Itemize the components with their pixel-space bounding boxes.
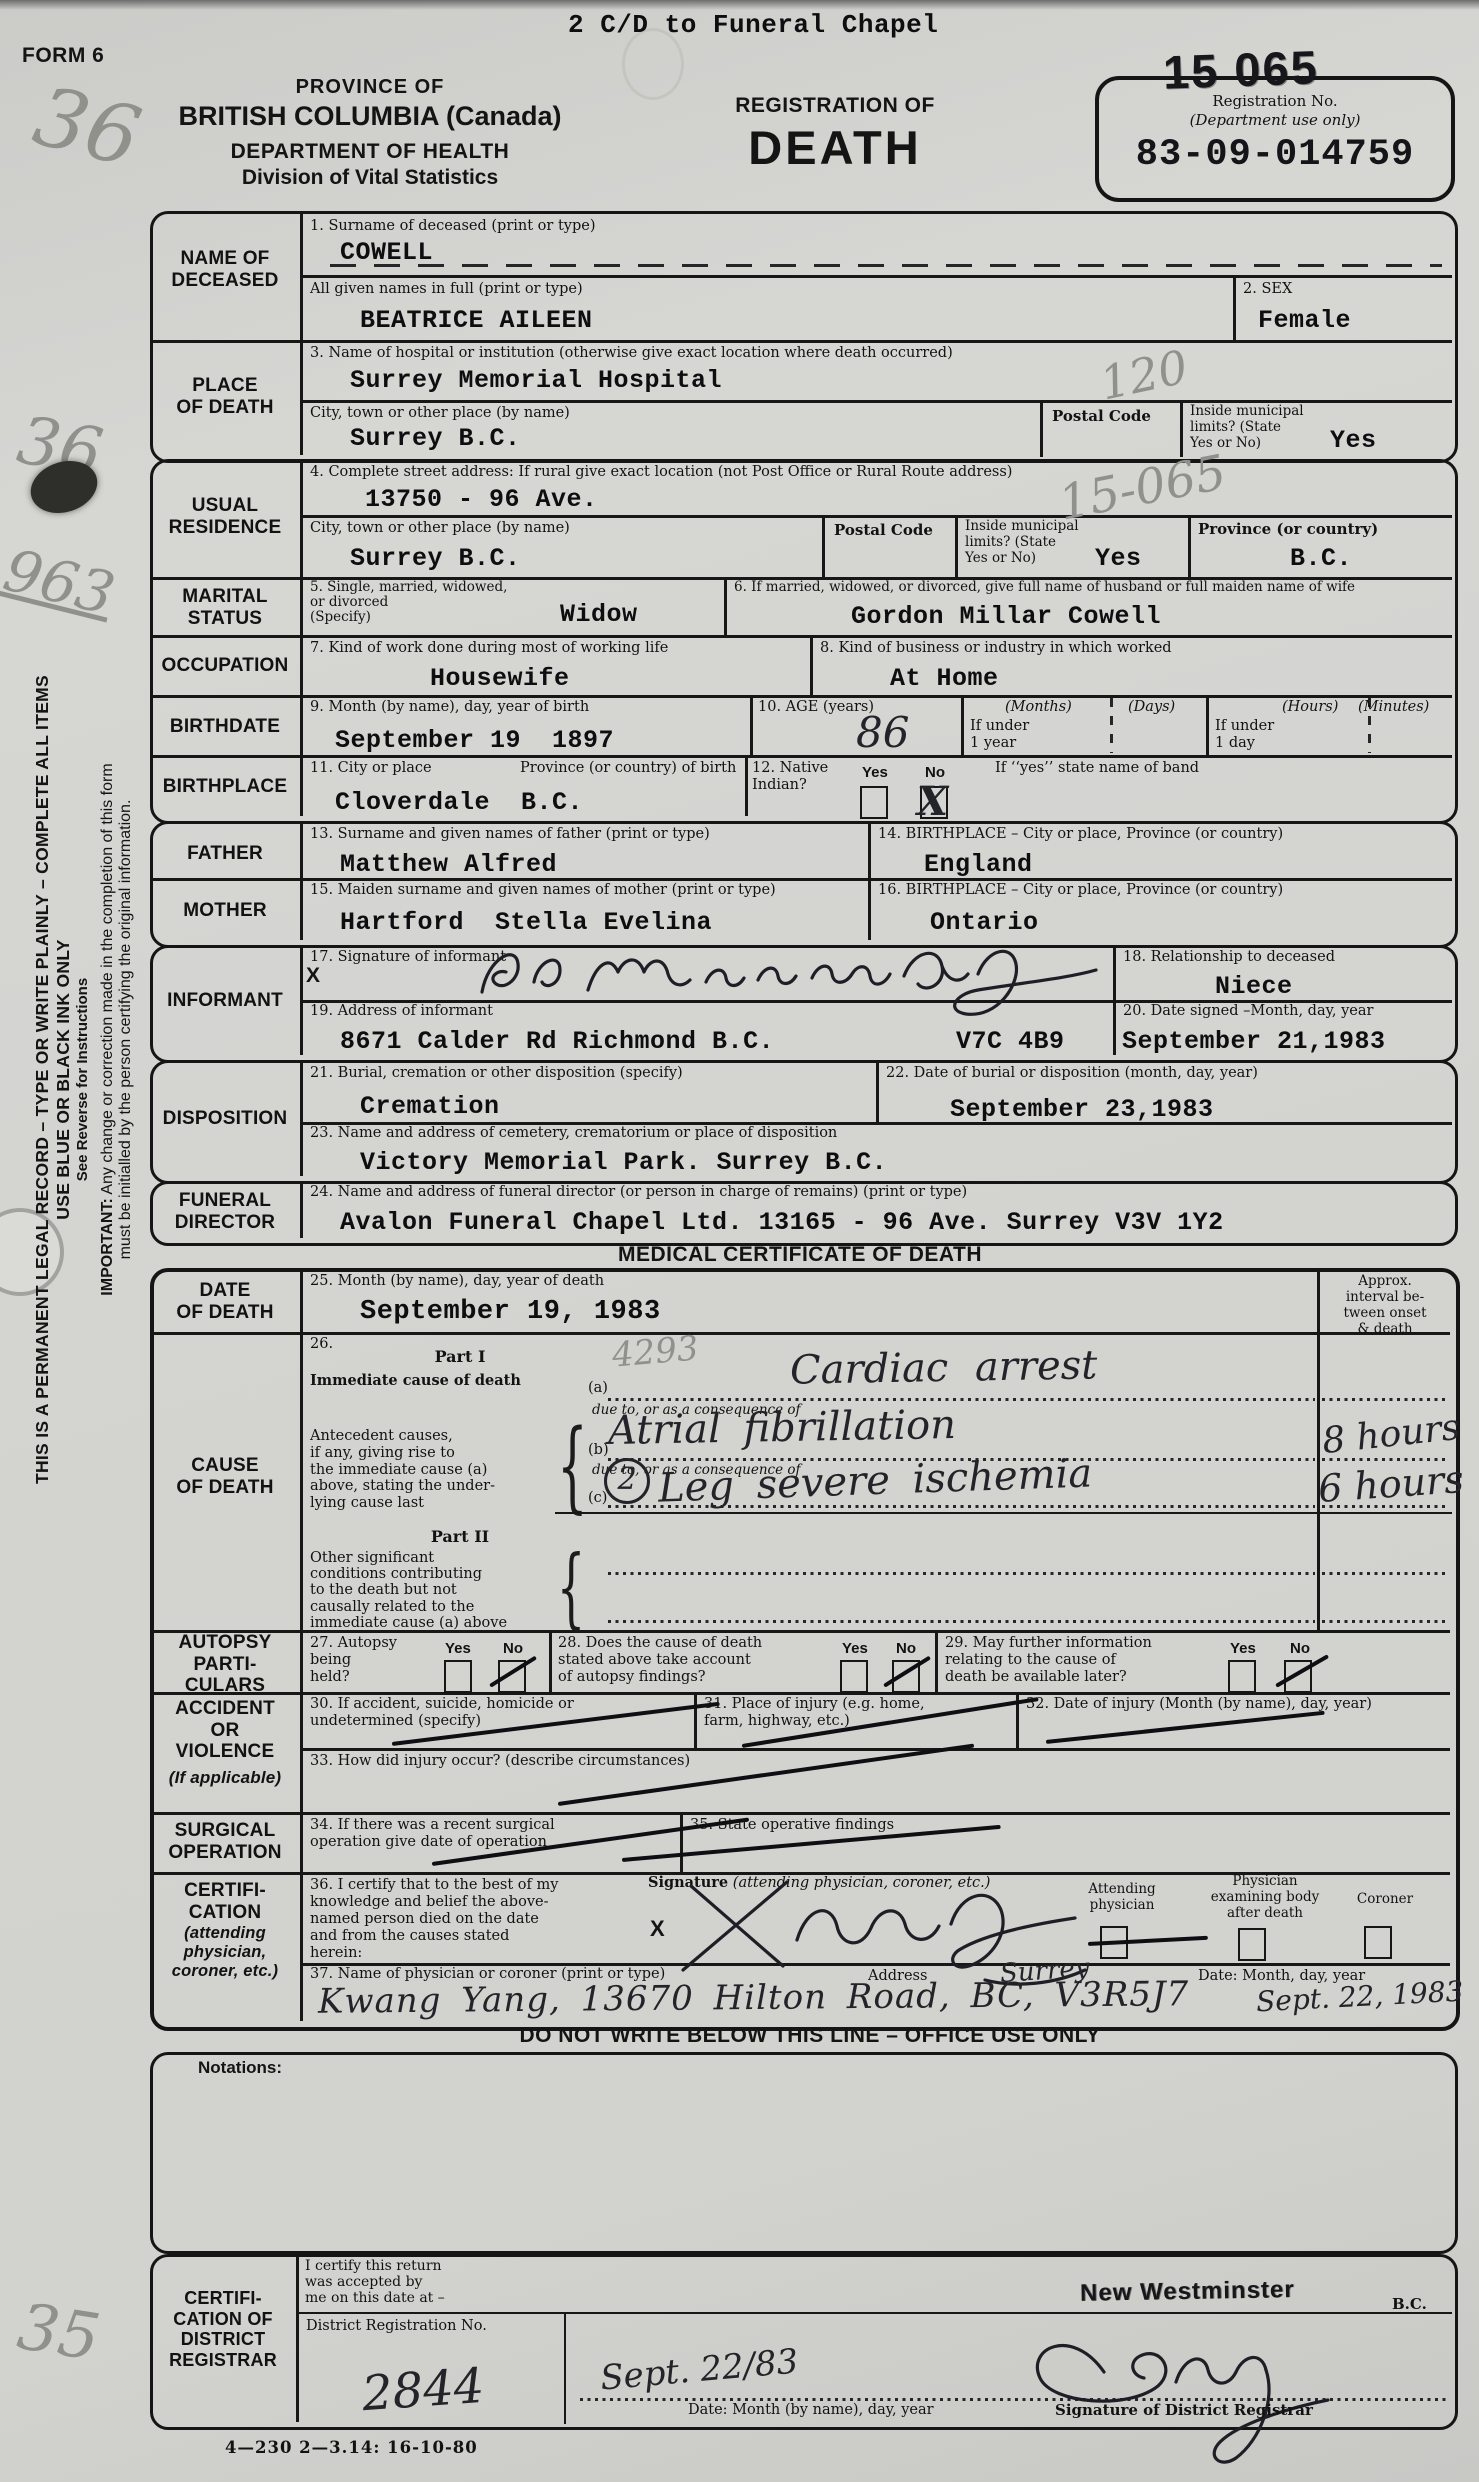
given-names-label: All given names in full (print or type) (310, 281, 583, 298)
res-inside-value: Yes (1095, 544, 1142, 573)
cause-b-value: Atrial fibrillation (608, 1402, 957, 1454)
divider (822, 515, 825, 577)
divider (300, 1183, 303, 1238)
pencil-note-top: 36 (25, 69, 149, 186)
section-label-mother: MOTHER (152, 900, 298, 922)
disposition-date-value: September 23,1983 (950, 1095, 1214, 1124)
death-title: DEATH (700, 120, 970, 175)
date-of-death-value: September 19, 1983 (360, 1297, 661, 1327)
section-label-district-registrar: CERTIFI- CATION OF DISTRICT REGISTRAR (152, 2288, 294, 2370)
registrar-bc-label: B.C. (1392, 2296, 1427, 2314)
registrar-signature-label: Signature of District Registrar (1055, 2402, 1313, 2420)
res-inside-label: Inside municipal limits? (State Yes or N… (965, 519, 1079, 567)
legal-line-2: USE BLUE OR BLACK INK ONLY (53, 627, 74, 1532)
if-under-year-label: If under 1 year (970, 718, 1029, 752)
divider (1110, 698, 1113, 753)
top-annotation: 2 C/D to Funeral Chapel (568, 10, 938, 40)
birthplace-value: Cloverdale B.C. (335, 788, 583, 817)
section-label-autopsy: AUTOPSY PARTI- CULARS (152, 1632, 298, 1697)
important-line-2: must be initialled by the person certify… (117, 557, 135, 1502)
divider (300, 213, 303, 455)
notations-box (150, 2052, 1458, 2254)
immediate-cause-label: Immediate cause of death (310, 1372, 521, 1389)
important-line-1: IMPORTANT: Any change or correction made… (99, 557, 117, 1502)
registrar-certify-text: I certify this return was accepted by me… (305, 2259, 445, 2307)
divider (564, 2312, 566, 2424)
divider (955, 515, 958, 577)
divider (300, 275, 1452, 278)
disposition-method-label: 21. Burial, cremation or other dispositi… (310, 1065, 683, 1082)
mother-name-label: 15. Maiden surname and given names of mo… (310, 882, 776, 899)
district-reg-no-value: 2844 (360, 2358, 486, 2422)
divider (724, 577, 727, 635)
section-label-date-of-death: DATE OF DEATH (152, 1280, 298, 1323)
industry-value: At Home (890, 664, 999, 693)
street-label: 4. Complete street address: If rural giv… (310, 464, 1012, 481)
section-label-surgical: SURGICAL OPERATION (152, 1820, 298, 1863)
section-label-certification: CERTIFI- CATION (152, 1880, 298, 1923)
place-of-injury-label: 31. Place of injury (e.g. home, farm, hi… (704, 1696, 925, 1730)
funeral-director-value: Avalon Funeral Chapel Ltd. 13165 - 96 Av… (340, 1208, 1224, 1237)
cause-a-prefix: (a) (588, 1380, 608, 1397)
birthdate-value: September 19 1897 (335, 726, 614, 755)
informant-x-mark: X (306, 964, 320, 988)
division-vital-statistics: Division of Vital Statistics (160, 166, 580, 190)
part-1-label: Part I (400, 1348, 520, 1367)
spouse-value: Gordon Millar Cowell (851, 602, 1161, 631)
section-label-accident: ACCIDENT OR VIOLENCE (152, 1698, 298, 1763)
surgical-label: 34. If there was a recent surgical opera… (310, 1817, 555, 1851)
section-label-funeral-director: FUNERAL DIRECTOR (152, 1190, 298, 1233)
res-postal-label: Postal Code (834, 522, 933, 540)
divider (935, 1630, 938, 1692)
father-birthplace-label: 14. BIRTHPLACE – City or place, Province… (878, 826, 1283, 843)
registration-of: REGISTRATION OF (700, 94, 970, 118)
divider (300, 823, 303, 940)
if-under-day-label: If under 1 day (1215, 718, 1274, 752)
father-name-value: Matthew Alfred (340, 850, 557, 879)
legal-line-1: THIS IS A PERMANENT LEGAL RECORD – TYPE … (32, 627, 53, 1532)
given-names-value: BEATRICE AILEEN (360, 306, 593, 335)
section-label-cause-of-death: CAUSE OF DEATH (152, 1455, 298, 1498)
death-registration-form: 36 36 963 35 THIS IS A PERMANENT LEGAL R… (0, 0, 1479, 2482)
street-value: 13750 - 96 Ave. (365, 485, 598, 514)
surname-label: 1. Surname of deceased (print or type) (310, 218, 596, 235)
divider (694, 1692, 697, 1748)
marital-label: 5. Single, married, widowed, or divorced… (310, 580, 507, 625)
native-indian-label: 12. Native Indian? (752, 760, 828, 794)
sex-value: Female (1258, 306, 1351, 335)
age-days-label: (Days) (1128, 699, 1175, 716)
hospital-value: Surrey Memorial Hospital (350, 366, 722, 395)
section-label-marital-status: MARITAL STATUS (152, 586, 298, 629)
margin-important-text: IMPORTANT: Any change or correction made… (99, 557, 135, 1502)
autopsy-label: 27. Autopsy being held? (310, 1635, 397, 1686)
divider (300, 1062, 303, 1176)
section-label-accident-sub: (If applicable) (152, 1768, 298, 1787)
divider (300, 1270, 303, 2021)
registration-number-box: Registration No. (Department use only) 1… (1095, 76, 1455, 202)
divider (1113, 947, 1116, 1055)
birthdate-label: 9. Month (by name), day, year of birth (310, 699, 589, 716)
examining-physician-checkbox[interactable] (1238, 1928, 1266, 1961)
divider (961, 695, 964, 755)
section-label-birthplace: BIRTHPLACE (152, 776, 298, 798)
age-months-label: (Months) (1005, 699, 1072, 716)
certify-statement: 36. I certify that to the best of my kno… (310, 1877, 558, 1963)
work-label: 7. Kind of work done during most of work… (310, 640, 668, 657)
section-label-birthdate: BIRTHDATE (152, 716, 298, 738)
divider (1188, 515, 1191, 577)
physician-city-value: Surrey (999, 1953, 1090, 1989)
divider (152, 340, 1452, 343)
date-signed-label: 20. Date signed –Month, day, year (1123, 1003, 1373, 1020)
operative-findings-label: 35. State operative findings (690, 1817, 894, 1834)
age-minutes-label: (Minutes) (1358, 699, 1429, 716)
cause-b-prefix: (b) (588, 1442, 609, 1459)
registration-number: 83-09-014759 (1099, 134, 1451, 176)
divider (300, 515, 1452, 518)
department-use-label: (Department use only) (1099, 112, 1451, 130)
informant-signature (468, 930, 1108, 1025)
hospital-label: 3. Name of hospital or institution (othe… (310, 345, 953, 362)
divider (549, 1630, 552, 1692)
informant-relationship-value: Niece (1215, 972, 1293, 1001)
notations-label: Notations: (198, 2058, 282, 2078)
takes-account-label: 28. Does the cause of death stated above… (558, 1635, 762, 1686)
disposition-method-value: Cremation (360, 1092, 500, 1121)
cause-a-value: Cardiac arrest (790, 1342, 1098, 1393)
section-label-disposition: DISPOSITION (152, 1108, 298, 1130)
autopsy-no-label: No (503, 1640, 523, 1658)
section-label-occupation: OCCUPATION (152, 655, 298, 677)
divider (152, 1332, 1450, 1335)
res-city-value: Surrey B.C. (350, 544, 521, 573)
informant-relationship-label: 18. Relationship to deceased (1123, 949, 1335, 966)
form-number: FORM 6 (22, 44, 104, 68)
funeral-director-label: 24. Name and address of funeral director… (310, 1184, 967, 1201)
form-footer-code: 4—230 2—3.14: 16-10-80 (225, 2438, 478, 2457)
pod-city-label: City, town or other place (by name) (310, 405, 570, 422)
age-value: 86 (856, 708, 909, 757)
date-signed-value: September 21,1983 (1122, 1027, 1386, 1056)
registrar-signature (1008, 2308, 1348, 2480)
age-hours-label: (Hours) (1282, 699, 1338, 716)
section-label-certification-sub: (attending physician, coroner, etc.) (152, 1924, 298, 1980)
res-province-value: B.C. (1290, 544, 1352, 573)
birthplace-city-label: 11. City or place (310, 760, 432, 777)
section-label-father: FATHER (152, 843, 298, 865)
industry-label: 8. Kind of business or industry in which… (820, 640, 1172, 657)
pod-inside-label: Inside municipal limits? (State Yes or N… (1190, 404, 1304, 452)
section-label-name-of-deceased: NAME OF DECEASED (152, 248, 298, 291)
band-label: If ‘‘yes’’ state name of band (995, 760, 1199, 777)
province-of: PROVINCE OF (160, 76, 580, 99)
fill-line (608, 1398, 1315, 1401)
divider (152, 635, 1452, 638)
divider (1206, 695, 1209, 755)
divider (868, 823, 871, 940)
pod-inside-value: Yes (1330, 426, 1377, 455)
pencil-code-4293: 4293 (610, 1328, 700, 1375)
surname-value: COWELL (340, 238, 433, 267)
father-birthplace-value: England (924, 850, 1033, 879)
father-name-label: 13. Surname and given names of father (p… (310, 826, 710, 843)
informant-address-label: 19. Address of informant (310, 1003, 493, 1020)
takes-account-yes-label: Yes (842, 1640, 868, 1658)
further-info-no-label: No (1290, 1640, 1310, 1658)
fill-line (1322, 1620, 1448, 1623)
cemetery-label: 23. Name and address of cemetery, cremat… (310, 1125, 837, 1142)
native-yes-checkbox[interactable] (860, 786, 888, 819)
work-value: Housewife (430, 664, 570, 693)
informant-address-value: 8671 Calder Rd Richmond B.C. (340, 1027, 774, 1056)
other-conditions-label: Other significant conditions contributin… (310, 1550, 507, 1631)
pod-postal-label: Postal Code (1052, 408, 1151, 426)
divider (152, 755, 1452, 758)
registrar-date-label: Date: Month (by name), day, year (688, 2402, 934, 2419)
examining-physician-label: Physician examining body after death (1195, 1874, 1335, 1922)
pod-city-value: Surrey B.C. (350, 424, 521, 453)
do-not-write-line: DO NOT WRITE BELOW THIS LINE – OFFICE US… (450, 2024, 1170, 2048)
fill-line (1322, 1398, 1448, 1401)
res-city-label: City, town or other place (by name) (310, 520, 570, 537)
province-header: PROVINCE OF BRITISH COLUMBIA (Canada) DE… (160, 76, 580, 190)
divider (555, 1512, 1452, 1514)
fill-line (1322, 1572, 1448, 1575)
divider (1233, 275, 1236, 340)
section-label-place-of-death: PLACE OF DEATH (152, 375, 298, 418)
section-label-usual-residence: USUAL RESIDENCE (152, 495, 298, 538)
stamp-new-westminster: New Westminster (1080, 2276, 1295, 2308)
attending-physician-label: Attending physician (1072, 1882, 1172, 1914)
divider (300, 1748, 1450, 1751)
disposition-date-label: 22. Date of burial or disposition (month… (886, 1065, 1258, 1082)
res-province-label: Province (or country) (1198, 521, 1378, 539)
legal-line-3: See Reverse for Instructions (74, 627, 91, 1532)
further-info-yes-checkbox[interactable] (1228, 1660, 1256, 1693)
divider (745, 755, 748, 816)
british-columbia: BRITISH COLUMBIA (Canada) (160, 101, 580, 132)
divider (810, 635, 813, 695)
divider (152, 1812, 1450, 1815)
fill-line (608, 1572, 1315, 1575)
fill-line (330, 264, 1442, 267)
divider (750, 695, 753, 755)
coroner-checkbox[interactable] (1364, 1926, 1392, 1959)
divider (876, 1062, 879, 1122)
autopsy-yes-label: Yes (445, 1640, 471, 1658)
antecedent-label: Antecedent causes, if any, giving rise t… (310, 1428, 495, 1512)
cause-c-prefix: (c) (588, 1490, 607, 1507)
brace: { (557, 1545, 586, 1632)
birthplace-province-label: Province (or country) of birth (520, 760, 736, 777)
department-of-health: DEPARTMENT OF HEALTH (160, 140, 580, 164)
marital-value: Widow (560, 600, 638, 629)
divider (152, 695, 1452, 698)
informant-postal-value: V7C 4B9 (956, 1027, 1065, 1056)
section-label-informant: INFORMANT (152, 990, 298, 1012)
margin-legal-text: THIS IS A PERMANENT LEGAL RECORD – TYPE … (32, 627, 91, 1532)
further-info-label: 29. May further information relating to … (945, 1635, 1152, 1686)
takes-account-no-label: No (896, 1640, 916, 1658)
cemetery-value: Victory Memorial Park. Surrey B.C. (360, 1148, 887, 1177)
spouse-label: 6. If married, widowed, or divorced, giv… (734, 580, 1444, 596)
takes-account-yes-checkbox[interactable] (840, 1660, 868, 1693)
sex-label: 2. SEX (1243, 281, 1292, 298)
autopsy-yes-checkbox[interactable] (444, 1660, 472, 1693)
medical-certificate-title: MEDICAL CERTIFICATE OF DEATH (450, 1243, 1150, 1267)
brace: { (557, 1418, 588, 1517)
how-injury-label: 33. How did injury occur? (describe circ… (310, 1753, 690, 1770)
native-yes-label: Yes (862, 764, 888, 782)
interval-header: Approx. interval be- tween onset & death (1320, 1274, 1450, 1338)
further-info-yes-label: Yes (1230, 1640, 1256, 1658)
native-no-x-mark: X (917, 778, 948, 825)
date-of-death-label: 25. Month (by name), day, year of death (310, 1273, 604, 1290)
coroner-label: Coroner (1340, 1892, 1430, 1908)
divider (1180, 400, 1183, 457)
circled-2: 2 (604, 1458, 650, 1504)
item-26: 26. (310, 1336, 333, 1353)
divider (296, 2256, 299, 2422)
pencil-note-bottom: 35 (13, 2290, 105, 2376)
mother-birthplace-label: 16. BIRTHPLACE – City or place, Province… (878, 882, 1283, 899)
part-2-label: Part II (400, 1528, 520, 1547)
divider (1040, 400, 1043, 457)
stamp-file-number: 15 065 (1162, 39, 1320, 99)
fill-line (608, 1620, 1315, 1623)
district-reg-no-label: District Registration No. (306, 2318, 487, 2335)
